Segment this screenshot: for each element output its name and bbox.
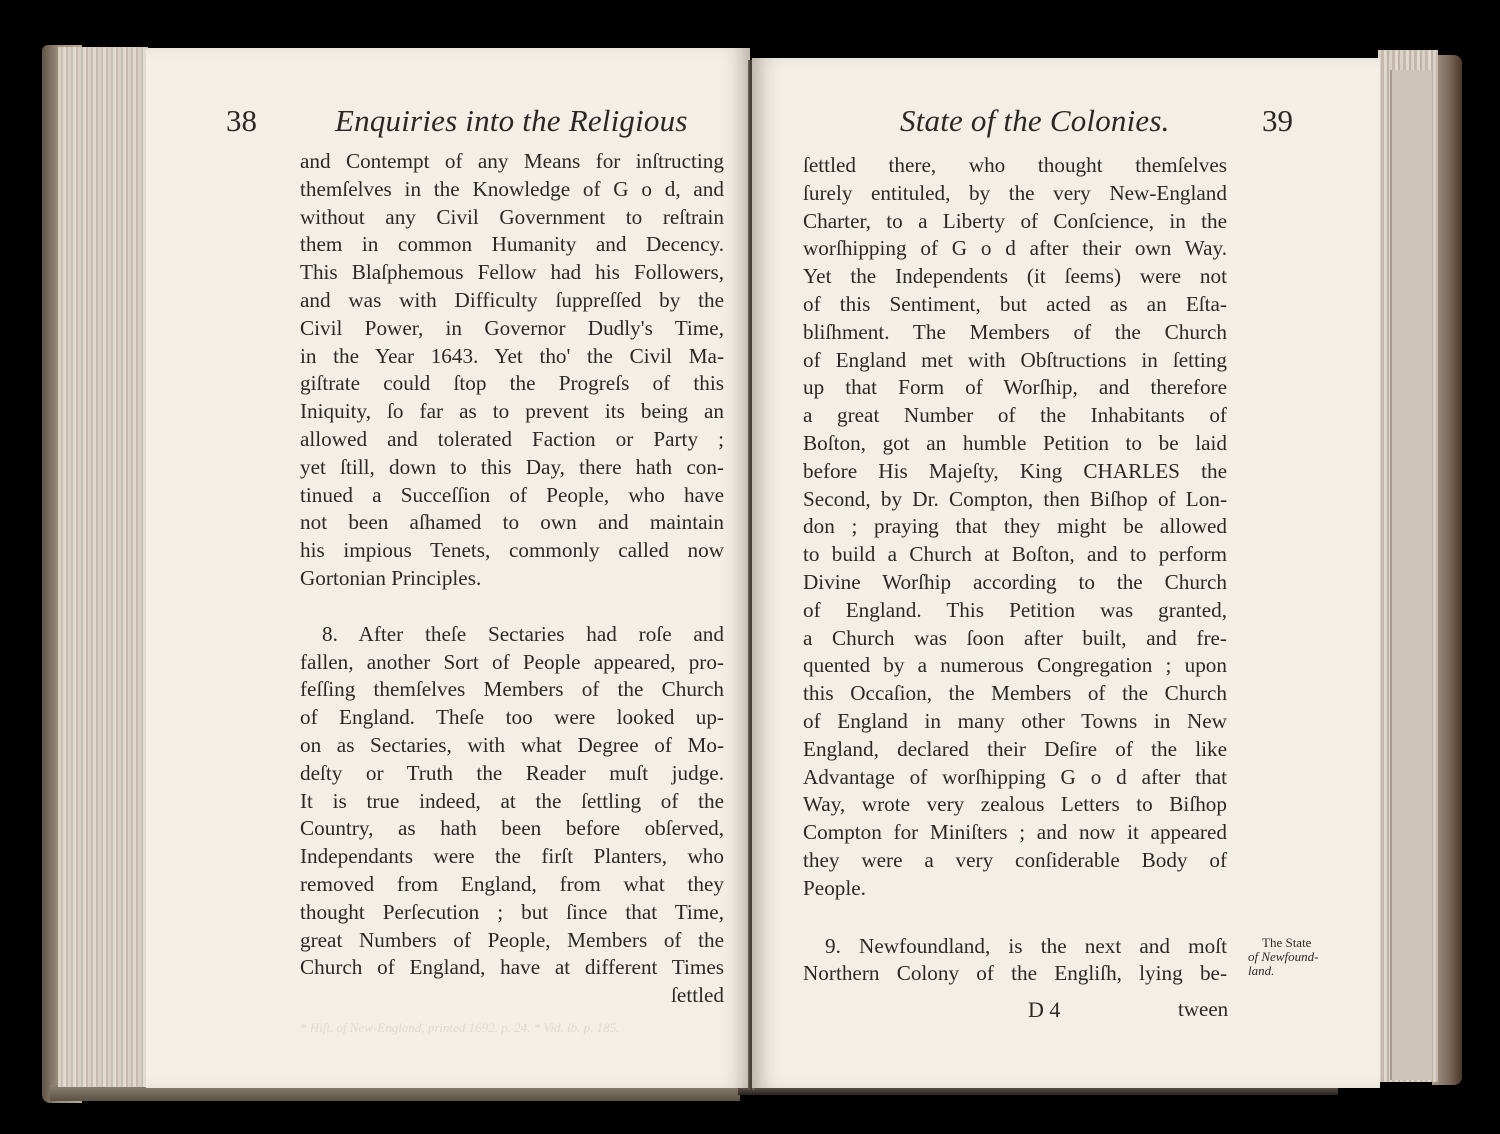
text-line: Church of England, have at different Tim… xyxy=(300,954,724,982)
text-line: to build a Church at Boſton, and to perf… xyxy=(803,541,1227,569)
text-line: don ; praying that they might be allowed xyxy=(803,513,1227,541)
text-line: Second, by Dr. Compton, then Biſhop of L… xyxy=(803,486,1227,514)
text-line: of England. This Petition was granted, xyxy=(803,597,1227,625)
text-line: ſettled there, who thought themſelves xyxy=(803,152,1227,180)
text-line: them in common Humanity and Decency. xyxy=(300,231,724,259)
text-line: a great Number of the Inhabitants of xyxy=(803,402,1227,430)
text-line: England, declared their Deſire of the li… xyxy=(803,736,1227,764)
text-line: Northern Colony of the Engliſh, lying be… xyxy=(803,960,1227,988)
paragraph-8-first-line: 8. After theſe Sectaries had roſe and xyxy=(300,621,724,649)
text-line: of England. Theſe too were looked up- xyxy=(300,704,724,732)
text-line: Country, as hath been before obſerved, xyxy=(300,815,724,843)
text-line: feſſing themſelves Members of the Church xyxy=(300,676,724,704)
signature-mark: D 4 xyxy=(1028,997,1060,1023)
text-line: Iniquity, ſo far as to prevent its being… xyxy=(300,398,724,426)
marginal-note: The State of Newfound- land. xyxy=(1248,936,1318,978)
text-line: without any Civil Government to reſtrain xyxy=(300,204,724,232)
text-line: of this Sentiment, but acted as an Eſta- xyxy=(803,291,1227,319)
paragraph-9-first-line: 9. Newfoundland, is the next and moſt xyxy=(803,933,1227,961)
text-line: on as Sectaries, with what Degree of Mo- xyxy=(300,732,724,760)
text-line: Way, wrote very zealous Letters to Biſho… xyxy=(803,791,1227,819)
text-line: quented by a numerous Congregation ; upo… xyxy=(803,652,1227,680)
text-line: of England in many other Towns in New xyxy=(803,708,1227,736)
text-line: Gortonian Principles. xyxy=(300,565,724,593)
text-line: and Contempt of any Means for inſtructin… xyxy=(300,148,724,176)
text-line: they were a very conſiderable Body of xyxy=(803,847,1227,875)
text-line: Charter, to a Liberty of Conſcience, in … xyxy=(803,208,1227,236)
text-line: and was with Difficulty ſuppreſſed by th… xyxy=(300,287,724,315)
text-line: People. xyxy=(803,875,1227,903)
text-line: giſtrate could ſtop the Progreſs of this xyxy=(300,370,724,398)
text-line: in the Year 1643. Yet tho' the Civil Ma- xyxy=(300,343,724,371)
text-line: themſelves in the Knowledge of G o d, an… xyxy=(300,176,724,204)
text-line: worſhipping of G o d after their own Way… xyxy=(803,235,1227,263)
text-line: a Church was ſoon after built, and fre- xyxy=(803,625,1227,653)
text-line: of England met with Obſtructions in ſett… xyxy=(803,347,1227,375)
text-line: allowed and tolerated Faction or Party ; xyxy=(300,426,724,454)
left-running-head: Enquiries into the Religious xyxy=(335,103,688,139)
show-through-footnote: * Hiſt. of New-England, printed 1692. p.… xyxy=(300,1020,619,1036)
text-line: Independants were the firſt Planters, wh… xyxy=(300,843,724,871)
text-line: removed from England, from what they xyxy=(300,871,724,899)
text-line: not been aſhamed to own and maintain xyxy=(300,509,724,537)
text-line: great Numbers of People, Members of the xyxy=(300,927,724,955)
text-line: this Occaſion, the Members of the Church xyxy=(803,680,1227,708)
open-book: 38 Enquiries into the Religious and Cont… xyxy=(0,0,1500,1134)
text-line: yet ſtill, down to this Day, there hath … xyxy=(300,454,724,482)
text-line: Compton for Miniſters ; and now it appea… xyxy=(803,819,1227,847)
right-page-number: 39 xyxy=(1262,103,1293,139)
text-line: Divine Worſhip according to the Church xyxy=(803,569,1227,597)
right-running-head: State of the Colonies. xyxy=(900,103,1170,139)
marginal-note-line: The State xyxy=(1248,936,1318,950)
text-line: fallen, another Sort of People appeared,… xyxy=(300,649,724,677)
text-line: Advantage of worſhipping G o d after tha… xyxy=(803,764,1227,792)
text-line: Civil Power, in Governor Dudly's Time, xyxy=(300,315,724,343)
text-line: This Blaſphemous Fellow had his Follower… xyxy=(300,259,724,287)
left-page-number: 38 xyxy=(226,103,257,139)
text-line: ſurely entituled, by the very New-Englan… xyxy=(803,180,1227,208)
text-line: It is true indeed, at the ſettling of th… xyxy=(300,788,724,816)
text-line: Yet the Independents (it ſeems) were not xyxy=(803,263,1227,291)
marginal-note-line: of Newfound- xyxy=(1248,950,1318,964)
left-page-stack xyxy=(58,47,148,1087)
text-line: up that Form of Worſhip, and therefore xyxy=(803,374,1227,402)
text-line: tinued a Succeſſion of People, who have xyxy=(300,482,724,510)
text-line: deſty or Truth the Reader muſt judge. xyxy=(300,760,724,788)
marginal-note-line: land. xyxy=(1248,964,1318,978)
text-line: bliſhment. The Members of the Church xyxy=(803,319,1227,347)
catchword: ſettled xyxy=(300,982,724,1010)
text-line: before His Majeſty, King CHARLES the xyxy=(803,458,1227,486)
right-endpaper xyxy=(1390,70,1432,1080)
catchword: tween xyxy=(1178,997,1228,1022)
text-line: thought Perſecution ; but ſince that Tim… xyxy=(300,899,724,927)
text-line: his impious Tenets, commonly called now xyxy=(300,537,724,565)
left-page-body: and Contempt of any Means for inſtructin… xyxy=(300,148,724,1010)
right-page-body: ſettled there, who thought themſelves ſu… xyxy=(803,152,1227,988)
text-line: Boſton, got an humble Petition to be lai… xyxy=(803,430,1227,458)
